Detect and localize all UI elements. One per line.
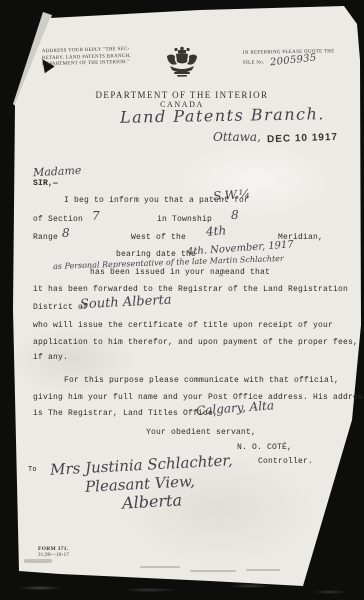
township-number-handwritten: 8 bbox=[231, 208, 239, 222]
body-line: who will issue the certificate of title … bbox=[33, 321, 333, 330]
smudge-mark bbox=[140, 566, 180, 568]
caret-mark: ^ bbox=[219, 273, 223, 281]
patent-quarter-handwritten: S.W.¼ bbox=[213, 187, 251, 204]
branch-script-title: Land Patents Branch. bbox=[120, 104, 325, 127]
body-line: in Township bbox=[157, 215, 212, 224]
body-line: application to him therefor, and upon pa… bbox=[33, 338, 358, 347]
body-line: For this purpose please communicate with… bbox=[64, 376, 339, 385]
addressee-to-label: To bbox=[28, 466, 37, 474]
valediction: Your obedient servant, bbox=[146, 428, 256, 437]
scanned-letter: ADDRESS YOUR REPLY "THE SEC- RETARY, LAN… bbox=[0, 0, 364, 600]
coat-of-arms-icon bbox=[163, 46, 201, 89]
dateline-place: Ottawa, bbox=[213, 130, 261, 144]
body-line: is The Registrar, Land Titles Office, bbox=[33, 409, 218, 418]
body-line: giving him your full name and your Post … bbox=[33, 393, 364, 402]
salutation-handwritten: Madame bbox=[33, 164, 82, 180]
smudge-mark bbox=[24, 559, 52, 563]
range-number-handwritten: 8 bbox=[62, 226, 70, 240]
body-line: if any. bbox=[33, 353, 68, 362]
body-line: it has been forwarded to the Registrar o… bbox=[33, 285, 348, 294]
addressee-province-handwritten: Alberta bbox=[122, 490, 183, 512]
body-line: has been issued in your name bbox=[90, 268, 230, 277]
meridian-number-handwritten: 4th bbox=[206, 223, 227, 238]
smudge-mark bbox=[190, 570, 236, 572]
department-title: DEPARTMENT OF THE INTERIOR bbox=[0, 90, 364, 100]
body-line: Range bbox=[33, 233, 58, 242]
signature-name: N. O. COTÉ, bbox=[237, 443, 292, 452]
body-line: and that bbox=[230, 268, 270, 277]
reply-instruction-note: ADDRESS YOUR REPLY "THE SEC- RETARY, LAN… bbox=[42, 47, 131, 69]
smudge-mark bbox=[246, 569, 280, 571]
body-line: of Section bbox=[33, 215, 83, 224]
file-no-label: FILE No. bbox=[243, 60, 265, 65]
form-number-block: FORM 371. 31,90—10-17 bbox=[38, 546, 69, 559]
signature-title: Controller. bbox=[258, 457, 313, 466]
form-number-line1: FORM 371. bbox=[38, 546, 69, 553]
dateline: Ottawa, DEC 10 1917 bbox=[213, 128, 338, 146]
section-number-handwritten: 7 bbox=[92, 209, 100, 223]
file-number-handwritten: 2005935 bbox=[270, 55, 317, 66]
salutation-typed: SIR,— bbox=[33, 179, 58, 188]
file-reference-note: IN REFERRING PLEASE QUOTE THE FILE No. 2… bbox=[243, 49, 335, 67]
body-line: West of the bbox=[131, 233, 186, 242]
date-stamp: DEC 10 1917 bbox=[267, 132, 338, 145]
